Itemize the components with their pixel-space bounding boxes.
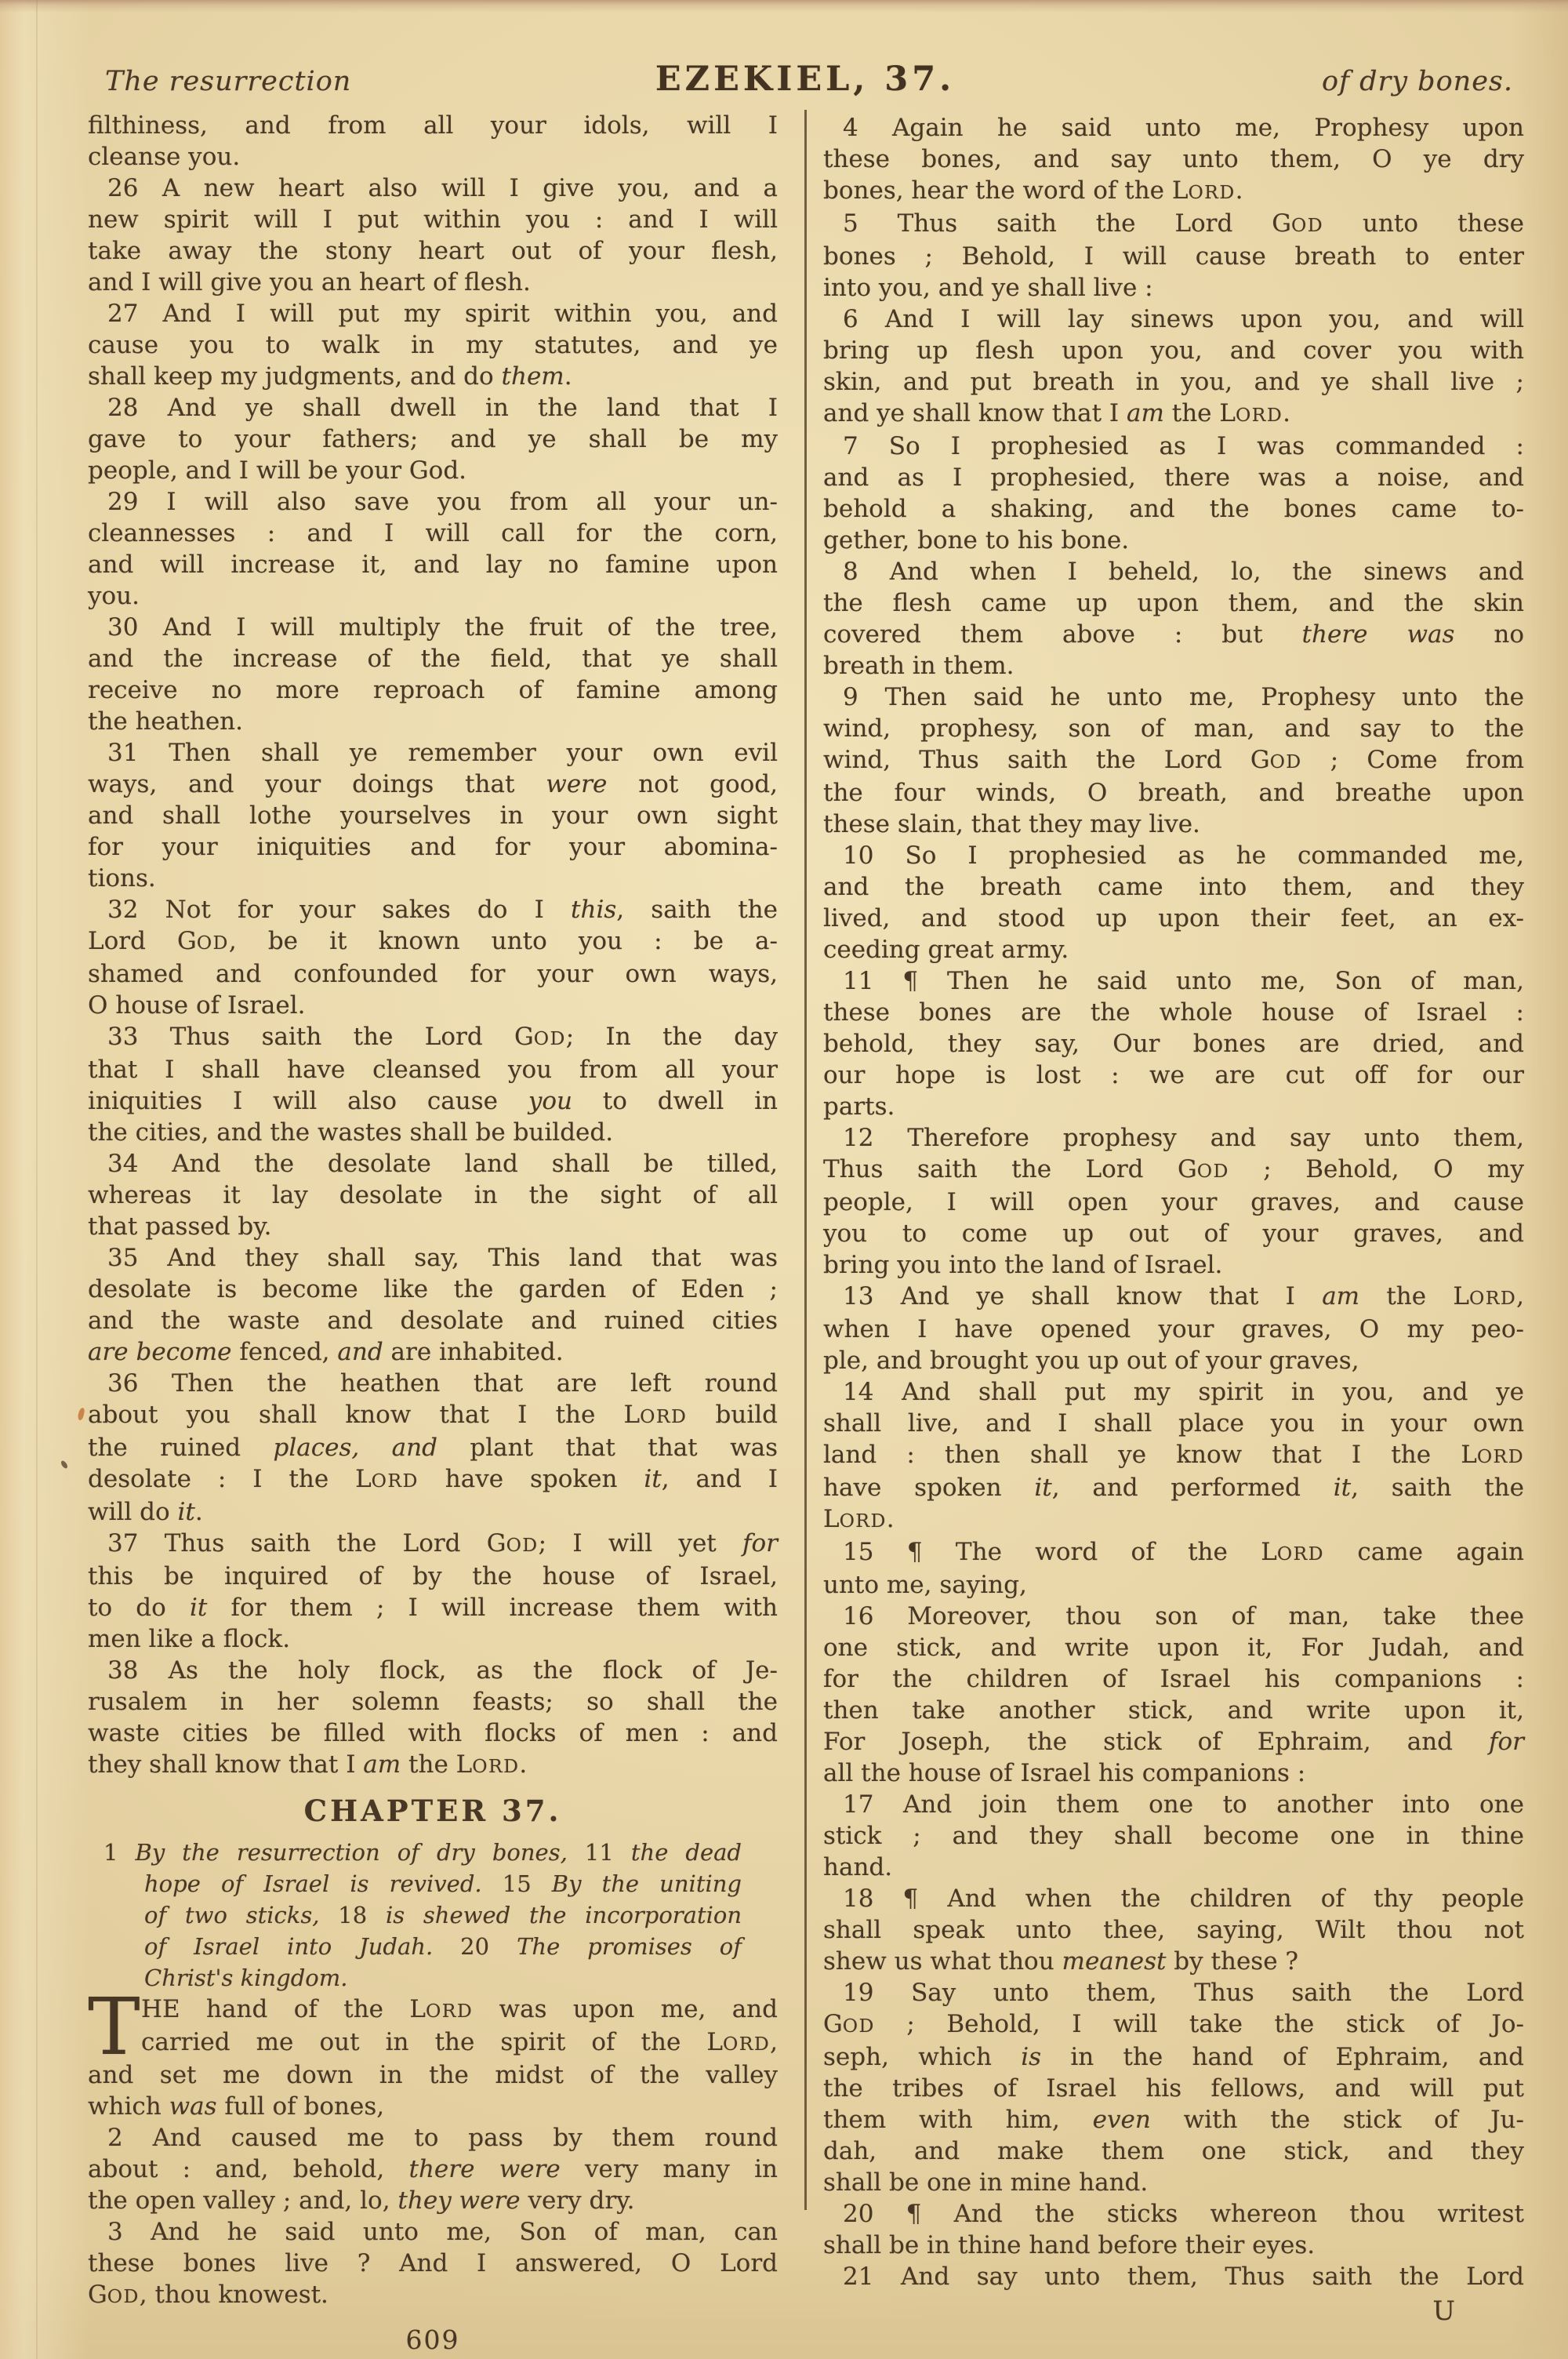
text-line: these bones, and say unto them, O ye dry [823,144,1524,175]
text-line: breath in them. [823,650,1524,682]
text-line: 6 And I will lay sinews upon you, and wi… [823,304,1524,335]
text-line: that passed by. [88,1211,778,1242]
text-line: cleanse you. [88,141,778,173]
text-line: 35 And they shall say, This land that wa… [88,1242,778,1274]
text-line: 2 And caused me to pass by them round [88,2122,778,2154]
text-line: when I have opened your graves, O my peo… [823,1314,1524,1345]
text-line: and I will give you an heart of flesh. [88,267,778,298]
text-line: for your iniquities and for your abomina… [88,831,778,863]
text-line: desolate : I the LORD have spoken it, an… [88,1463,778,1496]
text-line: 28 And ye shall dwell in the land that I [88,392,778,423]
text-line: wind, prophesy, son of man, and say to t… [823,713,1524,744]
text-line: 38 As the holy flock, as the flock of Je… [88,1655,778,1686]
text-line: 15 ¶ The word of the LORD came again [823,1536,1524,1569]
text-line: 34 And the desolate land shall be tilled… [88,1148,778,1179]
text-line: For Joseph, the stick of Ephraim, and fo… [823,1726,1524,1757]
text-line: and shall lothe yourselves in your own s… [88,800,778,831]
text-line: whereas it lay desolate in the sight of … [88,1179,778,1211]
text-line: our hope is lost : we are cut off for ou… [823,1060,1524,1091]
text-line: cause you to walk in my statutes, and ye [88,329,778,361]
text-line: then take another stick, and write upon … [823,1695,1524,1726]
text-line: GOD ; Behold, I will take the stick of J… [823,2008,1524,2041]
text-line: that I shall have cleansed you from all … [88,1054,778,1085]
text-line: HE hand of the LORD was upon me, and [88,1994,778,2026]
text-line: land : then shall ye know that I the LOR… [823,1439,1524,1472]
text-line: 27 And I will put my spirit within you, … [88,298,778,329]
text-line: 33 Thus saith the Lord GOD; In the day [88,1021,778,1054]
text-line: shall keep my judgments, and do them. [88,361,778,392]
text-line: the four winds, O breath, and breathe up… [823,777,1524,809]
running-head: The resurrection EZEKIEL, 37. of dry bon… [88,60,1523,110]
text-line: seph, which is in the hand of Ephraim, a… [823,2041,1524,2073]
text-line: to do it for them ; I will increase them… [88,1592,778,1623]
text-line: carried me out in the spirit of the LORD… [88,2026,778,2059]
text-line: 7 So I prophesied as I was commanded : [823,431,1524,462]
text-line: about you shall know that I the LORD bui… [88,1399,778,1432]
text-line: shamed and confounded for your own ways, [88,958,778,990]
column-left: filthiness, and from all your idols, wil… [88,110,778,2356]
chapter-summary-line: 1 By the resurrection of dry bones, 11 t… [88,1837,778,1868]
text-line: 18 ¶ And when the children of thy people [823,1883,1524,1914]
text-line: 3 And he said unto me, Son of man, can [88,2216,778,2248]
text-line: tions. [88,863,778,894]
text-line: which was full of bones, [88,2091,778,2122]
text-line: ways, and your doings that were not good… [88,769,778,800]
text-line: 20 ¶ And the sticks whereon thou writest [823,2198,1524,2230]
text-line: these bones live ? And I answered, O Lor… [88,2248,778,2279]
text-line: and as I prophesied, there was a noise, … [823,462,1524,493]
text-line: bring you into the land of Israel. [823,1249,1524,1281]
text-line: desolate is become like the garden of Ed… [88,1274,778,1305]
paper-speck [77,1407,85,1420]
text-line: 36 Then the heathen that are left round [88,1368,778,1399]
text-line: LORD. [823,1503,1524,1536]
text-line: GOD, thou knowest. [88,2279,778,2312]
column-divider-rule [804,110,807,2210]
chapter-summary-line: hope of Israel is revived. 15 By the uni… [88,1868,778,1899]
text-line: the heathen. [88,706,778,737]
text-line: the flesh came up upon them, and the ski… [823,587,1524,619]
running-head-right: of dry bones. [1322,66,1513,97]
text-line: covered them above : but there was no [823,619,1524,650]
text-line: and the waste and desolate and ruined ci… [88,1305,778,1336]
text-line: are become fenced, and are inhabited. [88,1336,778,1368]
text-line: 29 I will also save you from all your un… [88,486,778,518]
text-line: Lord GOD, be it known unto you : be a- [88,925,778,958]
text-line: gave to your fathers; and ye shall be my [88,423,778,455]
text-line: 14 And shall put my spirit in you, and y… [823,1376,1524,1408]
text-line: 13 And ye shall know that I am the LORD, [823,1281,1524,1314]
text-line: 37 Thus saith the Lord GOD; I will yet f… [88,1528,778,1561]
page-crease-line [36,0,38,2359]
text-line: wind, Thus saith the Lord GOD ; Come fro… [823,744,1524,777]
chapter-summary-line: Christ's kingdom. [88,1962,778,1994]
text-line: shall speak unto thee, saying, Wilt thou… [823,1914,1524,1946]
text-line: have spoken it, and performed it, saith … [823,1472,1524,1503]
text-line: 19 Say unto them, Thus saith the Lord [823,1977,1524,2008]
text-line: the cities, and the wastes shall be buil… [88,1117,778,1148]
text-line: shall live, and I shall place you in you… [823,1408,1524,1439]
text-line: one stick, and write upon it, For Judah,… [823,1632,1524,1663]
text-line: 16 Moreover, thou son of man, take thee [823,1601,1524,1632]
text-line: 31 Then shall ye remember your own evil [88,737,778,769]
text-line: shall be in thine hand before their eyes… [823,2230,1524,2261]
text-line: shew us what thou meanest by these ? [823,1946,1524,1977]
text-line: for the children of Israel his companion… [823,1663,1524,1695]
text-line: you to come up out of your graves, and [823,1218,1524,1249]
text-line: ple, and brought you up out of your grav… [823,1345,1524,1376]
text-line: you. [88,580,778,612]
text-line: 21 And say unto them, Thus saith the Lor… [823,2261,1524,2292]
running-head-title: EZEKIEL, 37. [88,60,1523,99]
text-line: take away the stony heart out of your fl… [88,235,778,267]
text-line: and set me down in the midst of the vall… [88,2059,778,2091]
text-line: 5 Thus saith the Lord GOD unto these [823,208,1524,241]
text-line: bones, hear the word of the LORD. [823,175,1524,208]
text-line: 10 So I prophesied as he commanded me, [823,840,1524,871]
text-line: this be inquired of by the house of Isra… [88,1561,778,1592]
text-line: these slain, that they may live. [823,809,1524,840]
text-line: the open valley ; and, lo, they were ver… [88,2185,778,2216]
text-line: dah, and make them one stick, and they [823,2135,1524,2167]
signature-mark: U [823,2292,1524,2327]
text-line: hand. [823,1852,1524,1883]
text-line: 30 And I will multiply the fruit of the … [88,612,778,643]
text-line: 17 And join them one to another into one [823,1789,1524,1820]
text-line: waste cities be filled with flocks of me… [88,1717,778,1749]
text-line: bring up flesh upon you, and cover you w… [823,335,1524,366]
text-line: stick ; and they shall become one in thi… [823,1820,1524,1852]
text-line: people, and I will be your God. [88,455,778,486]
text-line: skin, and put breath in you, and ye shal… [823,366,1524,398]
text-line: 9 Then said he unto me, Prophesy unto th… [823,682,1524,713]
chapter-summary-line: of two sticks, 18 is shewed the incorpor… [88,1899,778,1931]
text-line: 11 ¶ Then he said unto me, Son of man, [823,965,1524,997]
text-line: 12 Therefore prophesy and say unto them, [823,1122,1524,1154]
text-line: people, I will open your graves, and cau… [823,1187,1524,1218]
text-line: 8 And when I beheld, lo, the sinews and [823,556,1524,587]
text-line: O house of Israel. [88,990,778,1021]
chapter-summary-line: of Israel into Judah. 20 The promises of [88,1931,778,1962]
text-line: all the house of Israel his companions : [823,1757,1524,1789]
text-line: ceeding great army. [823,934,1524,965]
page-number: 609 [88,2312,778,2356]
text-line: about : and, behold, there were very man… [88,2154,778,2185]
text-line: they shall know that I am the LORD. [88,1749,778,1782]
bible-page-scan: The resurrection EZEKIEL, 37. of dry bon… [0,0,1568,2359]
text-line: men like a flock. [88,1623,778,1655]
text-line: will do it. [88,1496,778,1528]
text-line: new spirit will I put within you : and I… [88,204,778,235]
drop-cap-initial: T [88,1995,133,2058]
text-line: behold, they say, Our bones are dried, a… [823,1028,1524,1060]
text-line: them with him, even with the stick of Ju… [823,2104,1524,2135]
column-right: 4 Again he said unto me, Prophesy uponth… [823,112,1524,2327]
text-line: cleannesses : and I will call for the co… [88,518,778,549]
text-line: Thus saith the Lord GOD ; Behold, O my [823,1154,1524,1187]
chapter-heading: CHAPTER 37. [88,1782,778,1837]
text-line: gether, bone to his bone. [823,525,1524,556]
text-line: and the breath came into them, and they [823,871,1524,903]
text-line: 26 A new heart also will I give you, and… [88,173,778,204]
text-line: bones ; Behold, I will cause breath to e… [823,241,1524,272]
paper-speck [60,1459,68,1469]
text-line: behold a shaking, and the bones came to- [823,493,1524,525]
text-line: into you, and ye shall live : [823,272,1524,304]
text-line: filthiness, and from all your idols, wil… [88,110,778,141]
text-line: shall be one in mine hand. [823,2167,1524,2198]
text-line: 32 Not for your sakes do I this, saith t… [88,894,778,925]
text-line: iniquities I will also cause you to dwel… [88,1085,778,1117]
text-line: parts. [823,1091,1524,1122]
text-line: the ruined places, and plant that that w… [88,1432,778,1463]
text-line: lived, and stood up upon their feet, an … [823,903,1524,934]
text-line: the tribes of Israel his fellows, and wi… [823,2073,1524,2104]
text-line: 4 Again he said unto me, Prophesy upon [823,112,1524,144]
text-line: and ye shall know that I am the LORD. [823,398,1524,431]
text-line: these bones are the whole house of Israe… [823,997,1524,1028]
text-line: receive no more reproach of famine among [88,674,778,706]
text-line: rusalem in her solemn feasts; so shall t… [88,1686,778,1717]
text-line: and will increase it, and lay no famine … [88,549,778,580]
text-line: and the increase of the field, that ye s… [88,643,778,674]
text-line: unto me, saying, [823,1569,1524,1601]
